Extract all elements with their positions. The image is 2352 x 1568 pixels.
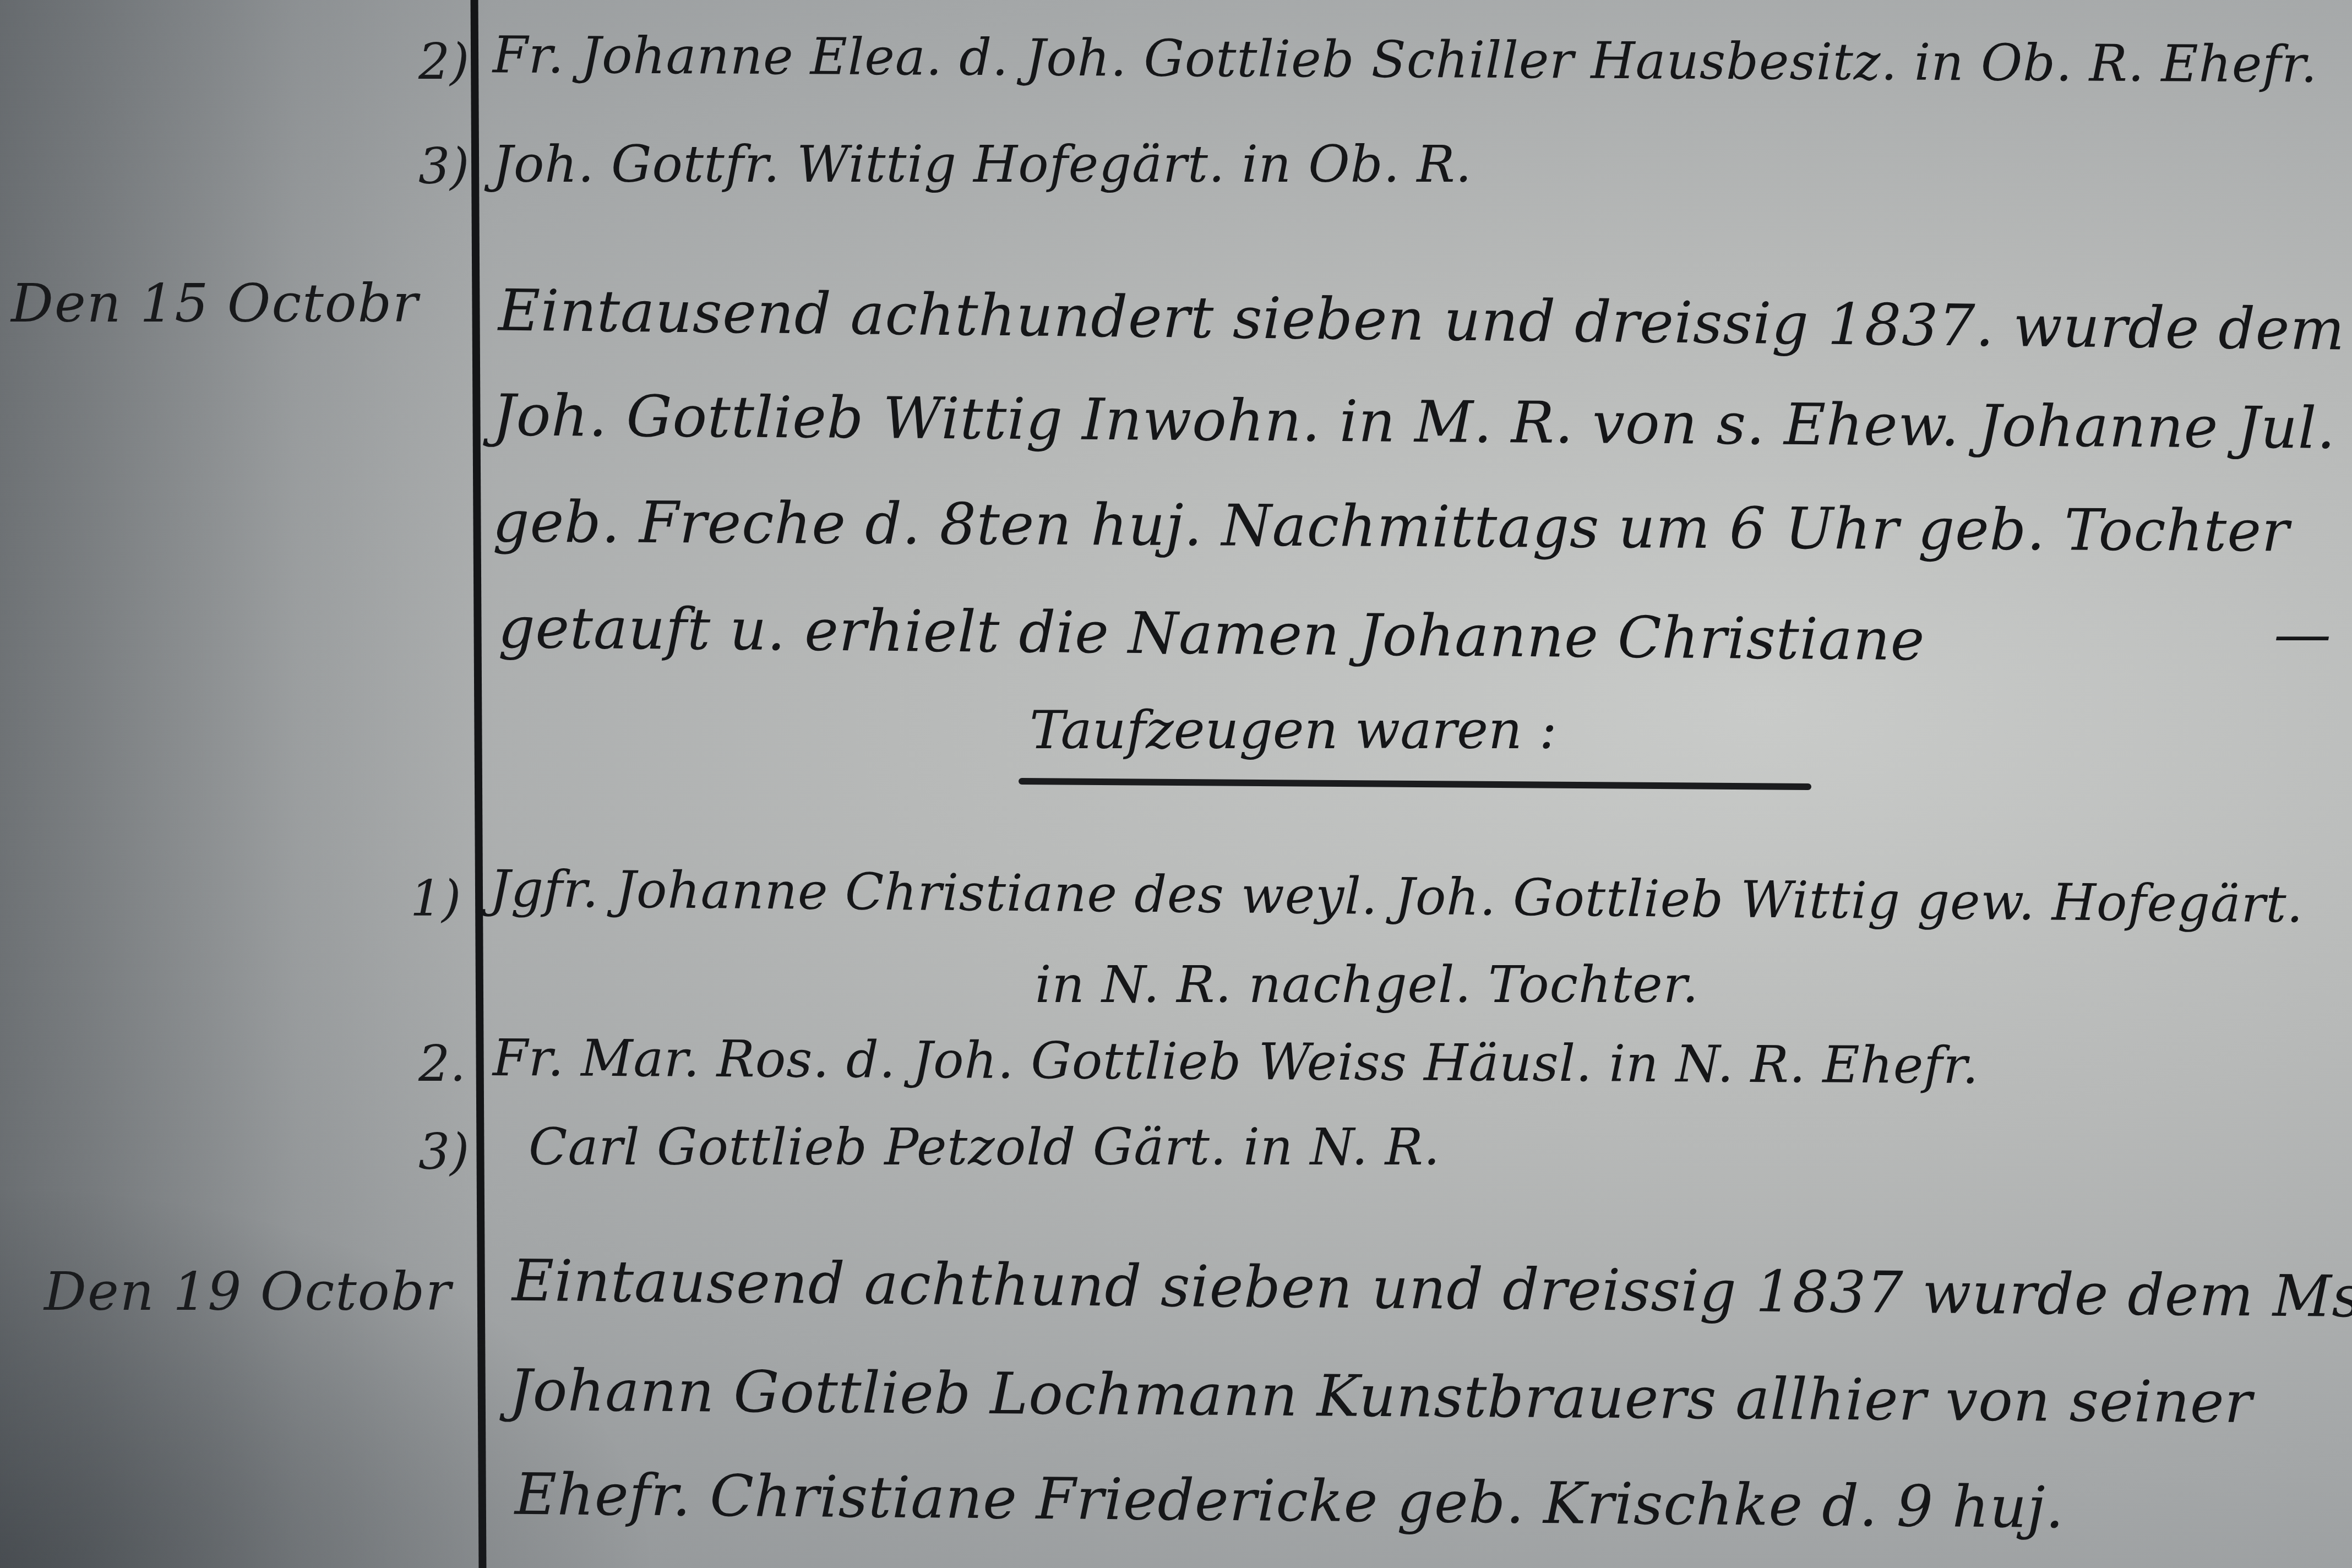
sponsor-number: 3) [418, 138, 469, 195]
entry-text-line: Eintausend achthund sieben und dreissig … [512, 1247, 2352, 1331]
entry-date: Den 15 Octobr [11, 273, 419, 334]
entry-text-line: Joh. Gottlieb Wittig Inwohn. in M. R. vo… [493, 382, 2336, 461]
sponsor-line-continuation: in N. R. nachgel. Tochter. [1035, 955, 1699, 1014]
sponsor-number: 1) [410, 870, 461, 928]
heading-underline [1019, 778, 1811, 790]
entry-date: Den 19 Octobr [44, 1261, 452, 1322]
entry-text-line: getauft u. erhielt die Namen Johanne Chr… [498, 594, 1925, 674]
register-page: 2) Fr. Johanne Elea. d. Joh. Gottlieb Sc… [0, 0, 2352, 1568]
sponsor-line: Joh. Gottfr. Wittig Hofegärt. in Ob. R. [493, 135, 1472, 194]
entry-text-line: Johann Gottlieb Lochmann Kunstbrauers al… [509, 1357, 2253, 1436]
sponsor-number: 2. [418, 1035, 466, 1093]
sponsor-number: 3) [418, 1123, 469, 1181]
sponsor-line: Fr. Mar. Ros. d. Joh. Gottlieb Weiss Häu… [493, 1028, 1979, 1095]
sponsor-number: 2) [418, 33, 469, 91]
sponsor-line: Fr. Johanne Elea. d. Joh. Gottlieb Schil… [493, 25, 2318, 94]
sponsor-line: Carl Gottlieb Petzold Gärt. in N. R. [529, 1118, 1440, 1177]
sponsors-heading: Taufzeugen waren : [1030, 699, 1557, 761]
entry-text-line: Ehefr. Christiane Friedericke geb. Krisc… [515, 1461, 2065, 1542]
trailing-dash: — [2274, 600, 2332, 667]
entry-text-line: geb. Freche d. 8ten huj. Nachmittags um … [493, 488, 2290, 564]
sponsor-line: Jgfr. Johanne Christiane des weyl. Joh. … [490, 859, 2304, 934]
entry-text-line: Eintausend achthundert sieben und dreiss… [498, 276, 2345, 363]
margin-rule-line [471, 0, 487, 1568]
